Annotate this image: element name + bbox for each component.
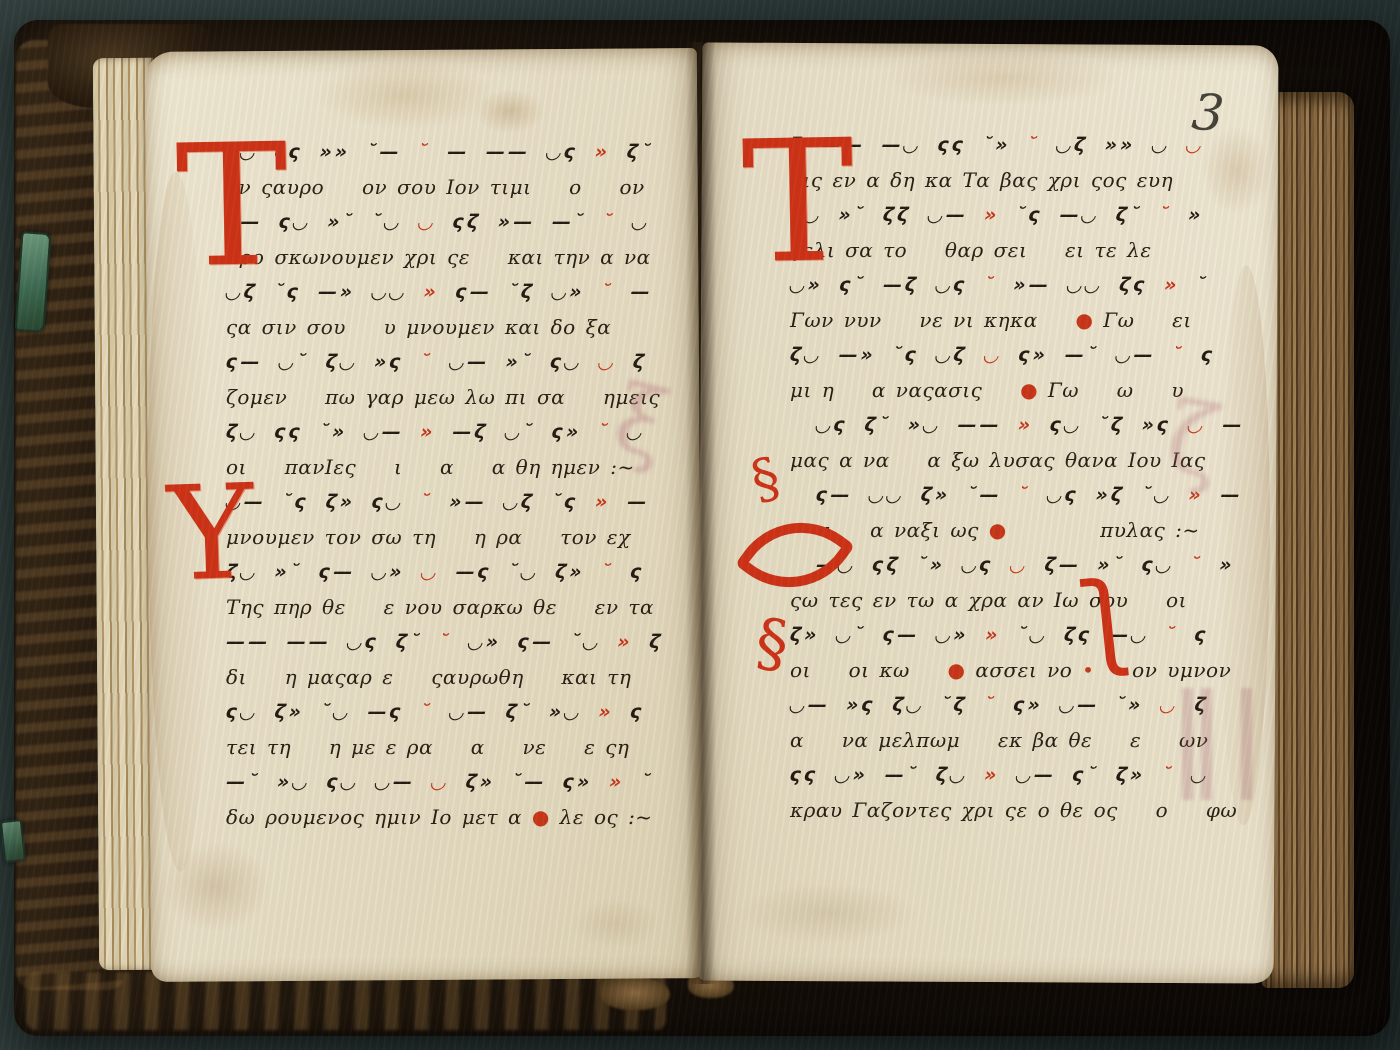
neume-notation-line: ς◡ ςς »» ˘— ˘ — —— ◡ς » ζ˘ — [222, 135, 661, 170]
neume-notation-line: —◡ ςζ ˘» ◡ς ◡ ζ— »˘ ς◡ ˘ » — [786, 548, 1231, 583]
neume-notation-line: ς◡ ζ» ˘◡ —ς ˘ ◡— ζ˘ »◡ » ς — [222, 695, 661, 730]
lyric-text-line: μι η α ναςασις ● Γω ω υ — [790, 373, 1226, 408]
foxing-stain — [571, 898, 661, 949]
lyric-text-line: οι οι κω ● ασσει νο • ον υμνον — [790, 653, 1226, 688]
neume-notation-line: —˘ »◡ ς◡ ◡— ◡ ζ» ˘— ς» » ˘ — [222, 765, 661, 800]
bleed-through-initial — [1182, 688, 1252, 800]
foxing-stain — [738, 883, 918, 944]
neume-notation-line: ςς ◡» —˘ ζ◡ » ◡— ς˘ ζ» ˘ ◡ — [786, 758, 1231, 793]
lyric-text-line: κραυ Γαζοντες χρι ςε ο θε ος ο φω — [790, 793, 1226, 828]
ornate-initial-upsilon-left: Υ — [166, 467, 256, 600]
manuscript-photo: ς◡ ςς »» ˘— ˘ — —— ◡ς » ζ˘ ον ςαυρο ον σ… — [0, 0, 1400, 1050]
neume-notation-line: —— —— ◡ς ζ˘ ˘ ◡» ς— ˘◡ » ζ — [222, 625, 661, 660]
neume-notation-line: ς— ◡˘ ζ◡ »ς ˘ ◡— »˘ ς◡ ◡ ζ — [222, 345, 661, 380]
worn-leather-bottom — [26, 972, 666, 1030]
lyric-text-line: ζομεν πω γαρ μεω λω πι σα ημεις — [226, 380, 656, 415]
neume-notation-line: ◡ς ζ˘ »◡ —— » ς◡ ˘ζ »ς ◡ — — [786, 408, 1231, 443]
foxing-stain — [315, 59, 495, 130]
center-gutter-shadow — [686, 42, 716, 984]
lyric-text-line: ςω τες εν τω α χρα αν Ιω σου οι — [790, 583, 1226, 618]
lyric-text-line: δω ρουμενος ημιν Ιο μετ α ● λε ος :~ — [226, 800, 656, 835]
neume-notation-line: ◡— »ς ζ◡ ˘ζ ˘ ς» ◡— ˘» ◡ ζ — [786, 688, 1231, 723]
lyric-text-line: ον ςαυρο ον σου Ιον τιμι ο ον — [226, 170, 656, 205]
lyric-text-line: δι η μαςαρ ε ςαυρωθη και τη — [226, 660, 656, 695]
neume-notation-line: ζ◡ ςς ˘» ◡— » —ζ ◡˘ ς» ˘ ◡ — [222, 415, 661, 450]
ornate-initial-tau-left: Τ — [175, 121, 290, 291]
folio-page-number: 3 — [1190, 83, 1227, 144]
lyric-text-line: τει τη η με ε ρα α νε ε ςη — [226, 730, 656, 765]
lyric-text-line: μας α να α ξω λυσας θανα Ιου Ιας — [790, 443, 1226, 478]
lyric-text-line: μνουμεν τον σω τη η ρα τον εχ — [226, 520, 656, 555]
neume-notation-line: ◡— ˘ς ζ» ς◡ ˘ »— ◡ζ ˘ς » — — [222, 485, 661, 520]
lyric-text-line: ςα σιν σου υ μνουμεν και δο ξα — [226, 310, 656, 345]
foxing-stain — [160, 841, 271, 932]
metal-clasp-icon — [0, 819, 26, 863]
lyric-text-line: α να μελπωμ εκ βα θε ε ων — [790, 723, 1226, 758]
lyric-text-line: ι α ναξι ως ● πυλας :~ — [790, 513, 1226, 548]
foxing-stain — [882, 49, 1122, 106]
lyric-text-line: γελι σα το θαρ σει ει τε λε — [790, 233, 1226, 268]
lyric-text-line: προ σκωνουμεν χρι ςε και την α να — [226, 240, 656, 275]
ornate-initial-tau-right: Τ — [741, 117, 856, 287]
lyric-text-line: οι πανΙες ι α α θη ημεν :~ — [226, 450, 656, 485]
lyric-text-line: Γων νυν νε νι κηκα ● Γω ει — [790, 303, 1226, 338]
tattered-binding-scrap — [600, 976, 670, 1010]
lyric-text-line: οις εν α δη κα Τα βας χρι ςος ευη — [790, 163, 1226, 198]
foxing-stain — [475, 89, 545, 133]
neume-notation-line: ζ» ◡˘ ς— ◡» » ˘◡ ζς —◡ ˘ ς — [786, 618, 1231, 653]
lyric-text-line: Της πηρ θε ε νου σαρκω θε εν τα — [226, 590, 656, 625]
left-page-text-block: ς◡ ςς »» ˘— ˘ — —— ◡ς » ζ˘ ον ςαυρο ον σ… — [226, 135, 656, 835]
neume-notation-line: ζ◡ —» ˘ς ◡ζ ◡ ς» —˘ ◡— ˘ ς — [786, 338, 1231, 373]
neume-notation-line: ζ◡ »˘ ς— ◡» ◡ —ς ˘◡ ζ» ˘ ς — [222, 555, 661, 590]
